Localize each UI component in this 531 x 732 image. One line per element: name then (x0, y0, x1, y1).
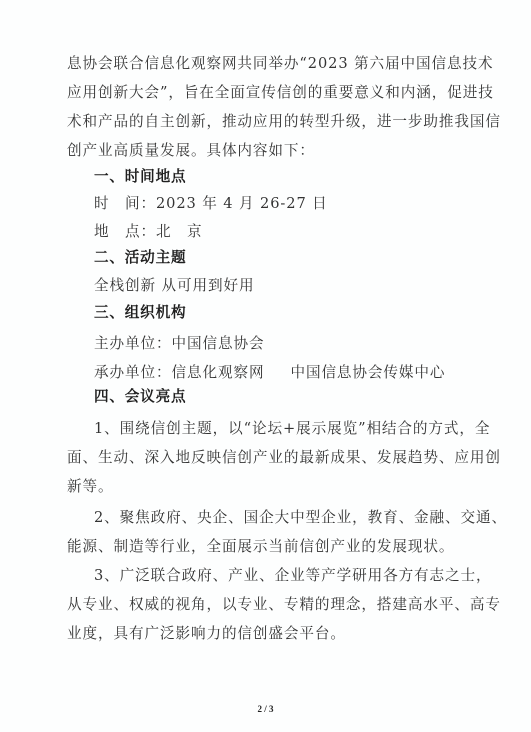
organizer-label: 承办单位： (94, 364, 171, 381)
host-label: 主办单位： (94, 335, 171, 352)
page-number: 2 / 3 (0, 704, 531, 714)
organizer-row: 承办单位：信息化观察网中国信息协会传媒中心 (94, 363, 443, 383)
highlight-3-line-3: 业度，具有广泛影响力的信创盛会平台。 (67, 624, 443, 644)
highlight-3-line-2: 从专业、权威的视角，以专业、专精的理念，搭建高水平、高专 (67, 595, 443, 615)
time-label: 时 间： (94, 195, 156, 212)
intro-line-4: 创产业高质量发展。具体内容如下： (67, 141, 443, 161)
organizer-value-1: 信息化观察网 (171, 364, 264, 381)
document-page: 息协会联合信息化观察网共同举办“2023 第六届中国信息技术 应用创新大会”，旨… (0, 0, 531, 732)
highlight-1-line-1: 1、围绕信创主题，以“论坛+展示展览”相结合的方式，全 (94, 419, 443, 439)
section-heading-theme: 二、活动主题 (94, 248, 186, 268)
place-value: 北 京 (156, 223, 202, 240)
highlight-1-line-3: 新等。 (67, 477, 443, 497)
intro-line-1: 息协会联合信息化观察网共同举办“2023 第六届中国信息技术 (67, 54, 443, 74)
highlight-3-line-1: 3、广泛联合政府、产业、企业等产学研用各方有志之士， (94, 566, 443, 586)
section-heading-highlights: 四、会议亮点 (94, 387, 186, 407)
section-heading-organization: 三、组织机构 (94, 303, 186, 323)
organizer-value-2: 中国信息协会传媒中心 (290, 364, 445, 381)
time-row: 时 间：2023 年 4 月 26-27 日 (94, 194, 443, 214)
highlight-1-line-2: 面、生动、深入地反映信创产业的最新成果、发展趋势、应用创 (67, 448, 443, 468)
time-value: 2023 年 4 月 26-27 日 (156, 195, 328, 212)
section-heading-time-place: 一、时间地点 (94, 167, 186, 187)
theme-text: 全栈创新 从可用到好用 (94, 276, 443, 296)
host-row: 主办单位：中国信息协会 (94, 334, 443, 354)
highlight-2-line-2: 能源、制造等行业，全面展示当前信创产业的发展现状。 (67, 537, 443, 557)
place-row: 地 点：北 京 (94, 222, 443, 242)
place-label: 地 点： (94, 223, 156, 240)
intro-line-3: 术和产品的自主创新，推动应用的转型升级，进一步助推我国信 (67, 112, 443, 132)
host-value: 中国信息协会 (171, 335, 264, 352)
intro-line-2: 应用创新大会”，旨在全面宣传信创的重要意义和内涵，促进技 (67, 83, 443, 103)
highlight-2-line-1: 2、聚焦政府、央企、国企大中型企业，教育、金融、交通、 (94, 508, 443, 528)
